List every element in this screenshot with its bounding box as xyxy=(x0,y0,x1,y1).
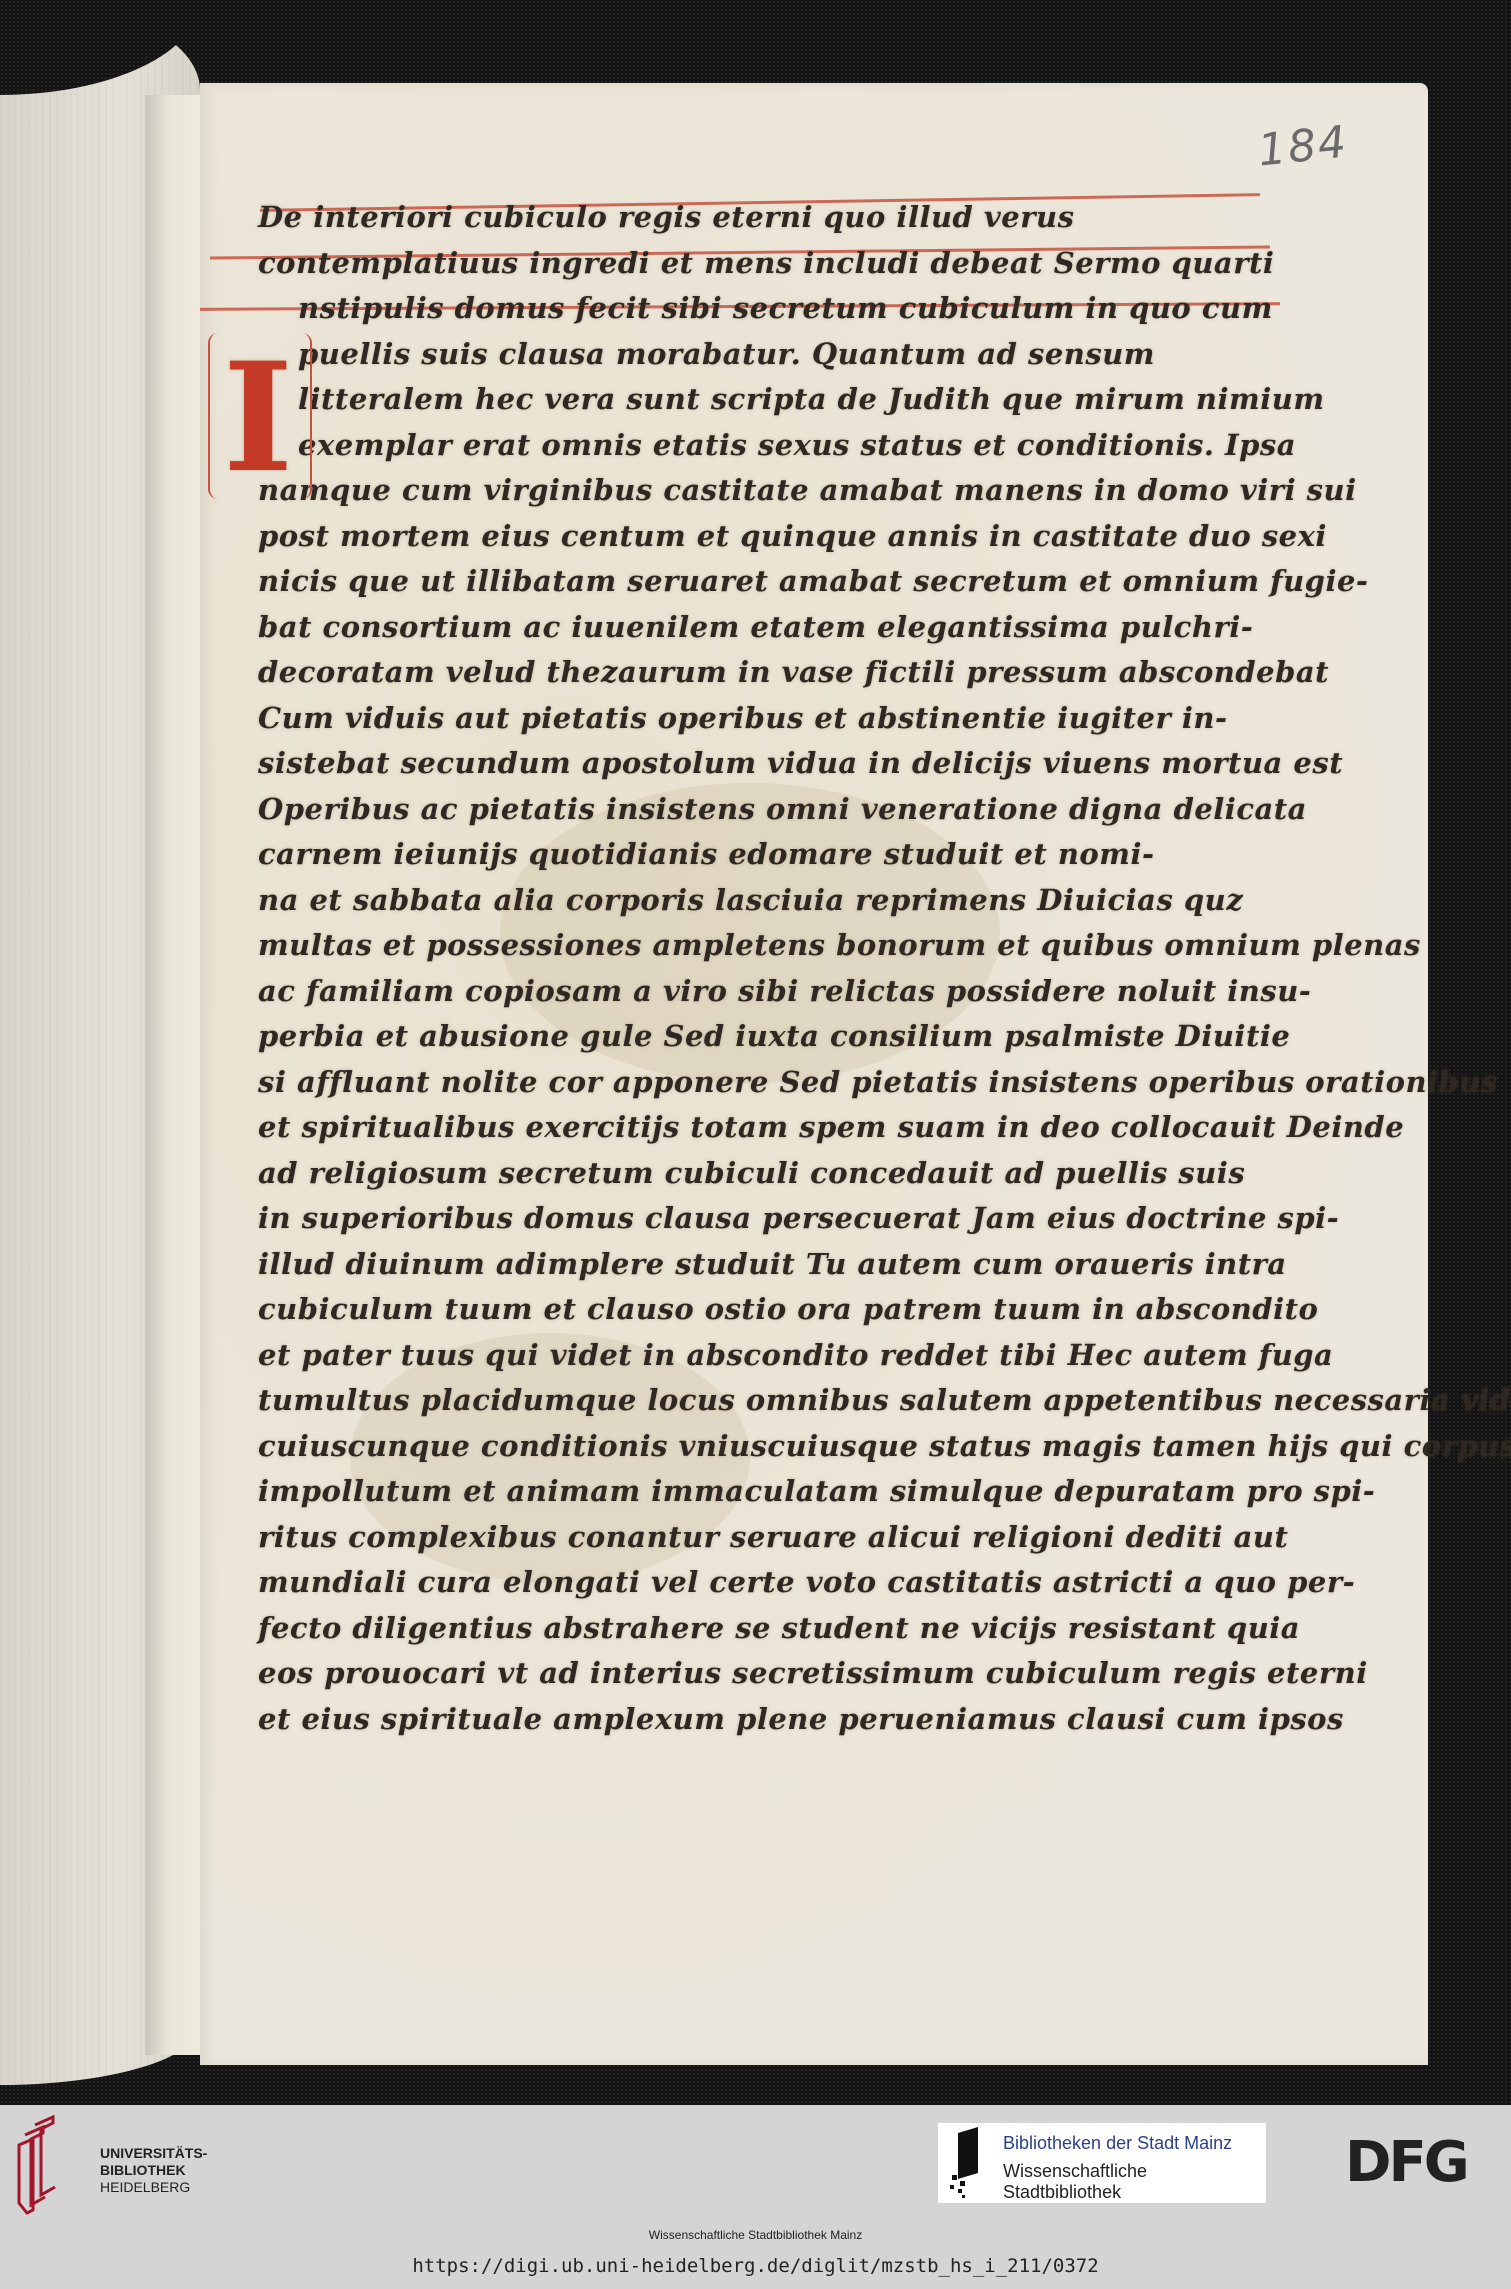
text-line: ad religiosum secretum cubiculi concedau… xyxy=(258,1151,1258,1197)
text-line: exemplar erat omnis etatis sexus status … xyxy=(298,423,1258,469)
text-line: sistebat secundum apostolum vidua in del… xyxy=(258,741,1258,787)
mainz-library-logo[interactable]: Bibliotheken der Stadt Mainz Wissenschaf… xyxy=(938,2123,1266,2203)
text-line: tumultus placidumque locus omnibus salut… xyxy=(258,1378,1258,1424)
book-gutter xyxy=(145,95,205,2055)
text-line: decoratam velud thezaurum in vase fictil… xyxy=(258,650,1258,696)
book-pixel-icon xyxy=(944,2123,994,2203)
ub-logo-line: BIBLIOTHEK xyxy=(100,2162,207,2179)
ub-book-icon xyxy=(15,2115,85,2215)
text-line: multas et possessiones ampletens bonorum… xyxy=(258,923,1258,969)
text-line: na et sabbata alia corporis lasciuia rep… xyxy=(258,878,1258,924)
right-page-folio: 184 I De interiori cubiculo regis eterni… xyxy=(200,83,1428,2065)
text-line: et spiritualibus exercitijs totam spem s… xyxy=(258,1105,1258,1151)
ub-logo-line: HEIDELBERG xyxy=(100,2179,207,2196)
text-line: puellis suis clausa morabatur. Quantum a… xyxy=(298,332,1258,378)
folio-number: 184 xyxy=(1256,116,1351,176)
text-line: si affluant nolite cor apponere Sed piet… xyxy=(258,1060,1258,1106)
text-line: Operibus ac pietatis insistens omni vene… xyxy=(258,787,1258,833)
footer: UNIVERSITÄTS- BIBLIOTHEK HEIDELBERG Bibl… xyxy=(0,2105,1511,2289)
ub-logo-text: UNIVERSITÄTS- BIBLIOTHEK HEIDELBERG xyxy=(100,2145,207,2196)
text-line: carnem ieiunijs quotidianis edomare stud… xyxy=(258,832,1258,878)
text-line: ritus complexibus conantur seruare alicu… xyxy=(258,1515,1258,1561)
text-line: ac familiam copiosam a viro sibi relicta… xyxy=(258,969,1258,1015)
text-line: bat consortium ac iuuenilem etatem elega… xyxy=(258,605,1258,651)
dfg-logo[interactable]: DFG xyxy=(1345,2130,1467,2195)
text-line: cubiculum tuum et clauso ostio ora patre… xyxy=(258,1287,1258,1333)
heading-line: contemplatiuus ingredi et mens includi d… xyxy=(258,241,1258,287)
text-line: et eius spirituale amplexum plene peruen… xyxy=(258,1697,1258,1743)
heading-line: De interiori cubiculo regis eterni quo i… xyxy=(258,195,1258,241)
text-line: perbia et abusione gule Sed iuxta consil… xyxy=(258,1014,1258,1060)
text-line: illud diuinum adimplere studuit Tu autem… xyxy=(258,1242,1258,1288)
text-line: in superioribus domus clausa persecuerat… xyxy=(258,1196,1258,1242)
text-line: mundiali cura elongati vel certe voto ca… xyxy=(258,1560,1258,1606)
text-line: cuiuscunque conditionis vniuscuiusque st… xyxy=(258,1424,1258,1470)
text-line: litteralem hec vera sunt scripta de Judi… xyxy=(298,377,1258,423)
text-line: impollutum et animam immaculatam simulqu… xyxy=(258,1469,1258,1515)
decorated-initial: I xyxy=(223,343,293,493)
text-line: fecto diligentius abstrahere se student … xyxy=(258,1606,1258,1652)
permalink-url[interactable]: https://digi.ub.uni-heidelberg.de/diglit… xyxy=(0,2255,1511,2277)
text-line: post mortem eius centum et quinque annis… xyxy=(258,514,1258,560)
mainz-logo-title: Bibliotheken der Stadt Mainz xyxy=(1003,2133,1232,2154)
holding-institution: Wissenschaftliche Stadtbibliothek Mainz xyxy=(0,2228,1511,2242)
manuscript-viewer: 184 I De interiori cubiculo regis eterni… xyxy=(0,0,1511,2105)
text-line: namque cum virginibus castitate amabat m… xyxy=(258,468,1258,514)
text-line: Cum viduis aut pietatis operibus et abst… xyxy=(258,696,1258,742)
mainz-logo-subtitle: Wissenschaftliche Stadtbibliothek xyxy=(1003,2161,1266,2203)
manuscript-text: I De interiori cubiculo regis eterni quo… xyxy=(258,195,1258,1742)
text-line: nstipulis domus fecit sibi secretum cubi… xyxy=(298,286,1258,332)
text-line: nicis que ut illibatam seruaret amabat s… xyxy=(258,559,1258,605)
ub-heidelberg-logo[interactable]: UNIVERSITÄTS- BIBLIOTHEK HEIDELBERG xyxy=(15,2115,245,2215)
text-line: et pater tuus qui videt in abscondito re… xyxy=(258,1333,1258,1379)
text-line: eos prouocari vt ad interius secretissim… xyxy=(258,1651,1258,1697)
ub-logo-line: UNIVERSITÄTS- xyxy=(100,2145,207,2162)
